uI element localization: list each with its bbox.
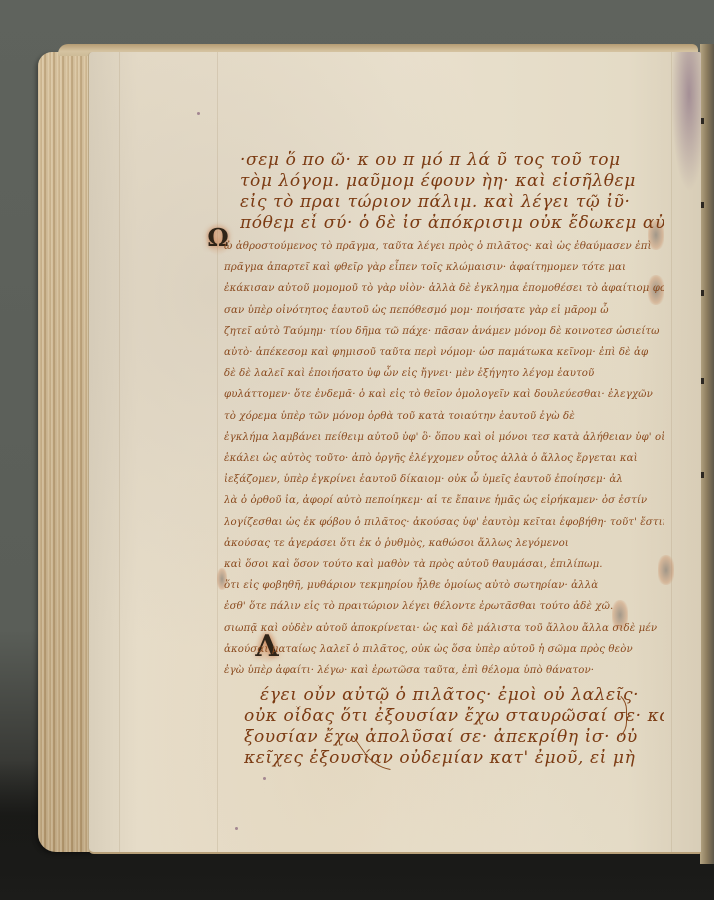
commentary-line: λογίζεσθαι ὡς ἐκ φόβου ὁ πιλᾶτος· ἀκούσα… — [224, 512, 664, 533]
commentary-line: ζητεῖ αὐτὸ Ταύμημ· τίου δῆμα τῶ πάχε· πᾶ… — [224, 321, 664, 342]
upper-gospel-text: ·σεμ ὅ πο ῶ· κ ου π μό π λά ῦ τος τοῦ το… — [240, 150, 664, 234]
text-line: ξουσίαν ἔχω ἀπολῦσαί σε· ἀπεκρίθη ἰσ· οὐ — [244, 727, 664, 748]
text-line: πόθεμ εἶ σύ· ὁ δὲ ἰσ ἀπόκρισιμ οὐκ ἔδωκε… — [240, 213, 664, 234]
ruling-line — [119, 52, 120, 852]
commentary-line: ἐκάκισαν αὐτοῦ μομομοῦ τὸ γὰρ υἱὸν· ἀλλὰ… — [224, 278, 664, 299]
commentary-line: τὸ χόρεμα ὑπὲρ τῶν μόνομ ὀρθὰ τοῦ κατὰ τ… — [224, 406, 664, 427]
commentary-line: δὲ δὲ λαλεῖ καὶ ἐποιήσατο ὑφ ὧν εἰς ἤγνε… — [224, 363, 664, 384]
text-line: οὐκ οἶδας ὅτι ἐξουσίαν ἔχω σταυρῶσαί σε·… — [244, 706, 664, 727]
text-line: τὸμ λόγομ. μαῦμομ έφουν ὴη· καὶ εἰσῆλθεμ — [240, 171, 664, 192]
commentary-line: φυλάττομεν· ὅτε ἐνδεμᾶ· ὁ καὶ εἰς τὸ θεῖ… — [224, 384, 664, 405]
book-gutter — [700, 44, 714, 864]
commentary-line: σαν ὑπὲρ οἰνότητος ἑαυτοῦ ὡς πεπόθεσμό μ… — [224, 300, 664, 321]
text-block: ·σεμ ὅ πο ῶ· κ ου π μό π λά ῦ τος τοῦ το… — [224, 150, 664, 769]
purple-stain — [671, 52, 701, 192]
commentary-line: αὐτὸ· ἀπέκεσομ καὶ φημισοῦ ταῦτα περὶ νό… — [224, 342, 664, 363]
commentary-line: ἀκούσαι ματαίως λαλεῖ ὁ πιλᾶτος, οὐκ ὡς … — [224, 639, 664, 660]
commentary-line: ἰεξάζομεν, ὑπὲρ ἐγκρίνει ἑαυτοῦ δίκαιομ·… — [224, 469, 664, 490]
commentary-line: ἐσθ' ὅτε πάλιν εἰς τὸ πραιτώριον λέγει θ… — [224, 596, 664, 617]
commentary-line: ὅτι εἰς φοβηθῆ, μυθάριον τεκμηρίου ἦλθε … — [224, 575, 664, 596]
commentary-line: ἑκάλει ὡς αὐτὸς τοῦτο· ἀπὸ ὀργῆς ἐλέγχομ… — [224, 448, 664, 469]
text-line: εἰς τὸ πραι τώριον πάλιμ. καὶ λέγει τῷ ἰ… — [240, 192, 664, 213]
ruling-line — [217, 52, 218, 852]
commentary-line: πρᾶγμα ἀπαρτεῖ καὶ φθεῖρ γὰρ εἶπεν τοῖς … — [224, 257, 664, 278]
ink-spot — [235, 827, 238, 830]
commentary-line: σιωπᾷ καὶ οὐδὲν αὐτοῦ ἀποκρίνεται· ὡς κα… — [224, 618, 664, 639]
text-line: κεῖχες ἐξουσίαν οὐδεμίαν κατ' ἐμοῦ, εἰ μ… — [244, 748, 664, 769]
commentary-line: καὶ ὅσοι καὶ ὅσον τούτο καὶ μαθὸν τὰ πρὸ… — [224, 554, 664, 575]
commentary-line: λὰ ὁ ὀρθοῦ ἰα, ἀφορί αὐτὸ πεποίηκεμ· αἱ … — [224, 490, 664, 511]
commentary-line: ἀκούσας τε ἀγεράσει ὅτι ἐκ ὁ ῥυθμὸς, καθ… — [224, 533, 664, 554]
commentary-line: ἐγὼ ὑπὲρ ἀφαίτι· λέγω· καὶ ἐρωτῶσα ταῦτα… — [224, 660, 664, 681]
commentary-line: ὠ ἀθροστούμενος τὸ πρᾶγμα, ταῦτα λέγει π… — [224, 236, 664, 257]
text-line: ·σεμ ὅ πο ῶ· κ ου π μό π λά ῦ τος τοῦ το… — [240, 150, 664, 171]
commentary-text: ὠ ἀθροστούμενος τὸ πρᾶγμα, ταῦτα λέγει π… — [224, 236, 664, 681]
ink-spot — [263, 777, 266, 780]
ink-spot — [197, 112, 200, 115]
manuscript-photo: Ω Λ ·σεμ ὅ πο ῶ· κ ου π μό π λά ῦ τος το… — [0, 0, 714, 900]
text-line: έγει οὖν αὐτῷ ὁ πιλᾶτος· ἐμοὶ οὐ λαλεῖς· — [260, 685, 664, 706]
lower-gospel-text: έγει οὖν αὐτῷ ὁ πιλᾶτος· ἐμοὶ οὐ λαλεῖς·… — [260, 685, 664, 769]
commentary-line: ἐγκλήμα λαμβάνει πείθειμ αὐτοῦ ὑφ' ὃ· ὅπ… — [224, 427, 664, 448]
